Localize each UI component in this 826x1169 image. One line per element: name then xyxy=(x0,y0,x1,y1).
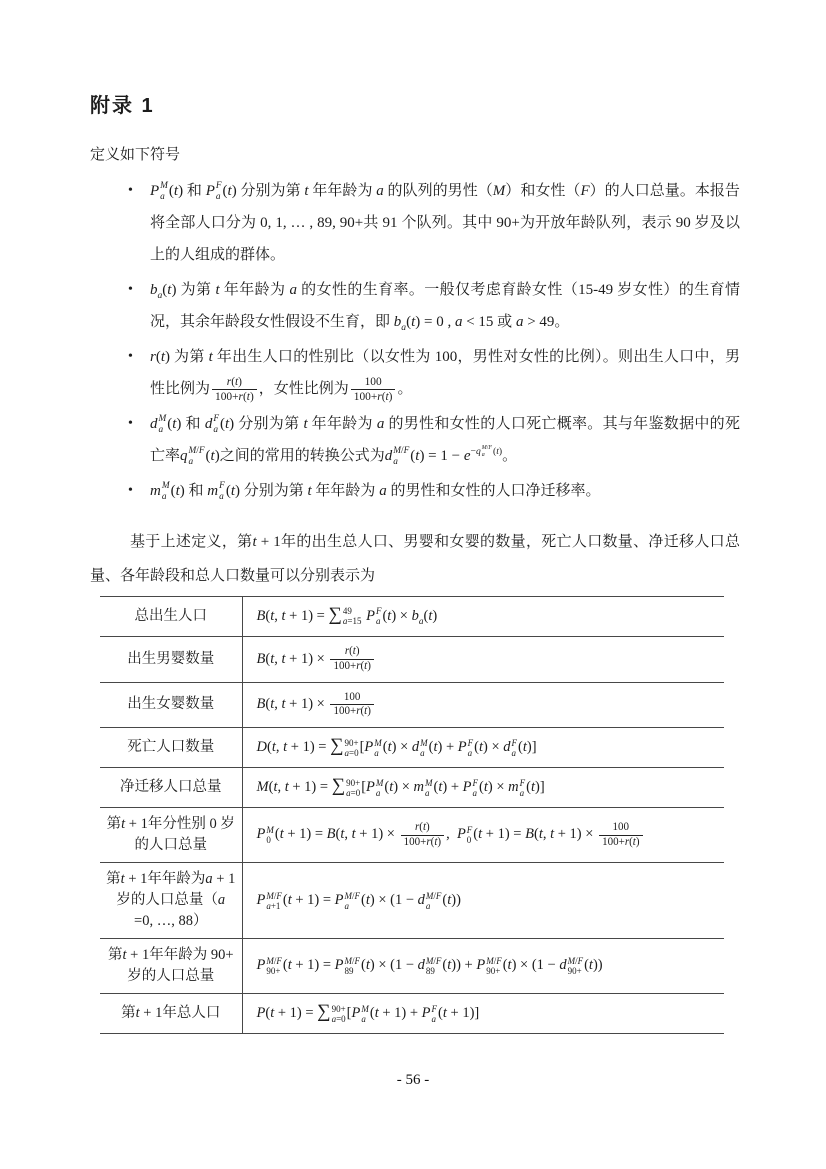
row-label-cell: 第t + 1年年龄为a + 1岁的人口总量（a =0, …, 88） xyxy=(100,863,242,939)
definition-item: ba(t) 为第 t 年年龄为 a 的女性的生育率。一般仅考虑育龄女性（15-4… xyxy=(126,274,740,338)
table-row: 总出生人口B(t, t + 1) = ∑49a=15 PFa(t) × ba(t… xyxy=(100,597,724,637)
row-formula-cell: PM/F90+(t + 1) = PM/F89(t) × (1 − dM/F89… xyxy=(242,939,724,994)
row-label-cell: 总出生人口 xyxy=(100,597,242,637)
table-row: 第t + 1年年龄为a + 1岁的人口总量（a =0, …, 88）PM/Fa+… xyxy=(100,863,724,939)
table-row: 第t + 1年总人口P(t + 1) = ∑90+a=0[PMa(t + 1) … xyxy=(100,994,724,1034)
page-number: - 56 - xyxy=(0,1072,826,1089)
row-label-cell: 净迁移人口总量 xyxy=(100,768,242,808)
table-row: 净迁移人口总量M(t, t + 1) = ∑90+a=0[PMa(t) × mM… xyxy=(100,768,724,808)
row-label-cell: 出生男婴数量 xyxy=(100,637,242,683)
row-formula-cell: PM/Fa+1(t + 1) = PM/Fa(t) × (1 − dM/Fa(t… xyxy=(242,863,724,939)
definition-item: dMa(t) 和 dFa(t) 分别为第 t 年年龄为 a 的男性和女性的人口死… xyxy=(126,408,740,472)
row-label-cell: 出生女婴数量 xyxy=(100,682,242,728)
row-formula-cell: P(t + 1) = ∑90+a=0[PMa(t + 1) + PFa(t + … xyxy=(242,994,724,1034)
definitions-list: PMa(t) 和 PFa(t) 分别为第 t 年年龄为 a 的队列的男性（M）和… xyxy=(126,175,740,507)
definition-item: mMa(t) 和 mFa(t) 分别为第 t 年年龄为 a 的男性和女性的人口净… xyxy=(126,475,740,507)
formula-table-body: 总出生人口B(t, t + 1) = ∑49a=15 PFa(t) × ba(t… xyxy=(100,597,724,1034)
table-row: 死亡人口数量D(t, t + 1) = ∑90+a=0[PMa(t) × dMa… xyxy=(100,728,724,768)
row-label-cell: 死亡人口数量 xyxy=(100,728,242,768)
definition-item: PMa(t) 和 PFa(t) 分别为第 t 年年龄为 a 的队列的男性（M）和… xyxy=(126,175,740,271)
table-row: 出生男婴数量B(t, t + 1) × r(t)100+r(t) xyxy=(100,637,724,683)
definition-item: r(t) 为第 t 年出生人口的性别比（以女性为 100，男性对女性的比例）。则… xyxy=(126,341,740,405)
table-row: 第t + 1年年龄为 90+ 岁的人口总量PM/F90+(t + 1) = PM… xyxy=(100,939,724,994)
row-formula-cell: B(t, t + 1) × 100100+r(t) xyxy=(242,682,724,728)
table-row: 第t + 1年分性别 0 岁的人口总量PM0(t + 1) = B(t, t +… xyxy=(100,808,724,863)
row-label-cell: 第t + 1年总人口 xyxy=(100,994,242,1034)
row-formula-cell: B(t, t + 1) = ∑49a=15 PFa(t) × ba(t) xyxy=(242,597,724,637)
intro-text: 定义如下符号 xyxy=(90,144,740,166)
lead-paragraph: 基于上述定义，第t + 1年的出生总人口、男婴和女婴的数量，死亡人口数量、净迁移… xyxy=(90,525,740,593)
row-formula-cell: PM0(t + 1) = B(t, t + 1) × r(t)100+r(t),… xyxy=(242,808,724,863)
appendix-title: 附录 1 xyxy=(90,94,740,118)
row-formula-cell: M(t, t + 1) = ∑90+a=0[PMa(t) × mMa(t) + … xyxy=(242,768,724,808)
formula-table: 总出生人口B(t, t + 1) = ∑49a=15 PFa(t) × ba(t… xyxy=(100,596,724,1034)
table-row: 出生女婴数量B(t, t + 1) × 100100+r(t) xyxy=(100,682,724,728)
row-label-cell: 第t + 1年分性别 0 岁的人口总量 xyxy=(100,808,242,863)
page-content: 附录 1 定义如下符号 PMa(t) 和 PFa(t) 分别为第 t 年年龄为 … xyxy=(0,0,826,1034)
document-page: 附录 1 定义如下符号 PMa(t) 和 PFa(t) 分别为第 t 年年龄为 … xyxy=(0,0,826,1169)
row-formula-cell: D(t, t + 1) = ∑90+a=0[PMa(t) × dMa(t) + … xyxy=(242,728,724,768)
row-label-cell: 第t + 1年年龄为 90+ 岁的人口总量 xyxy=(100,939,242,994)
row-formula-cell: B(t, t + 1) × r(t)100+r(t) xyxy=(242,637,724,683)
